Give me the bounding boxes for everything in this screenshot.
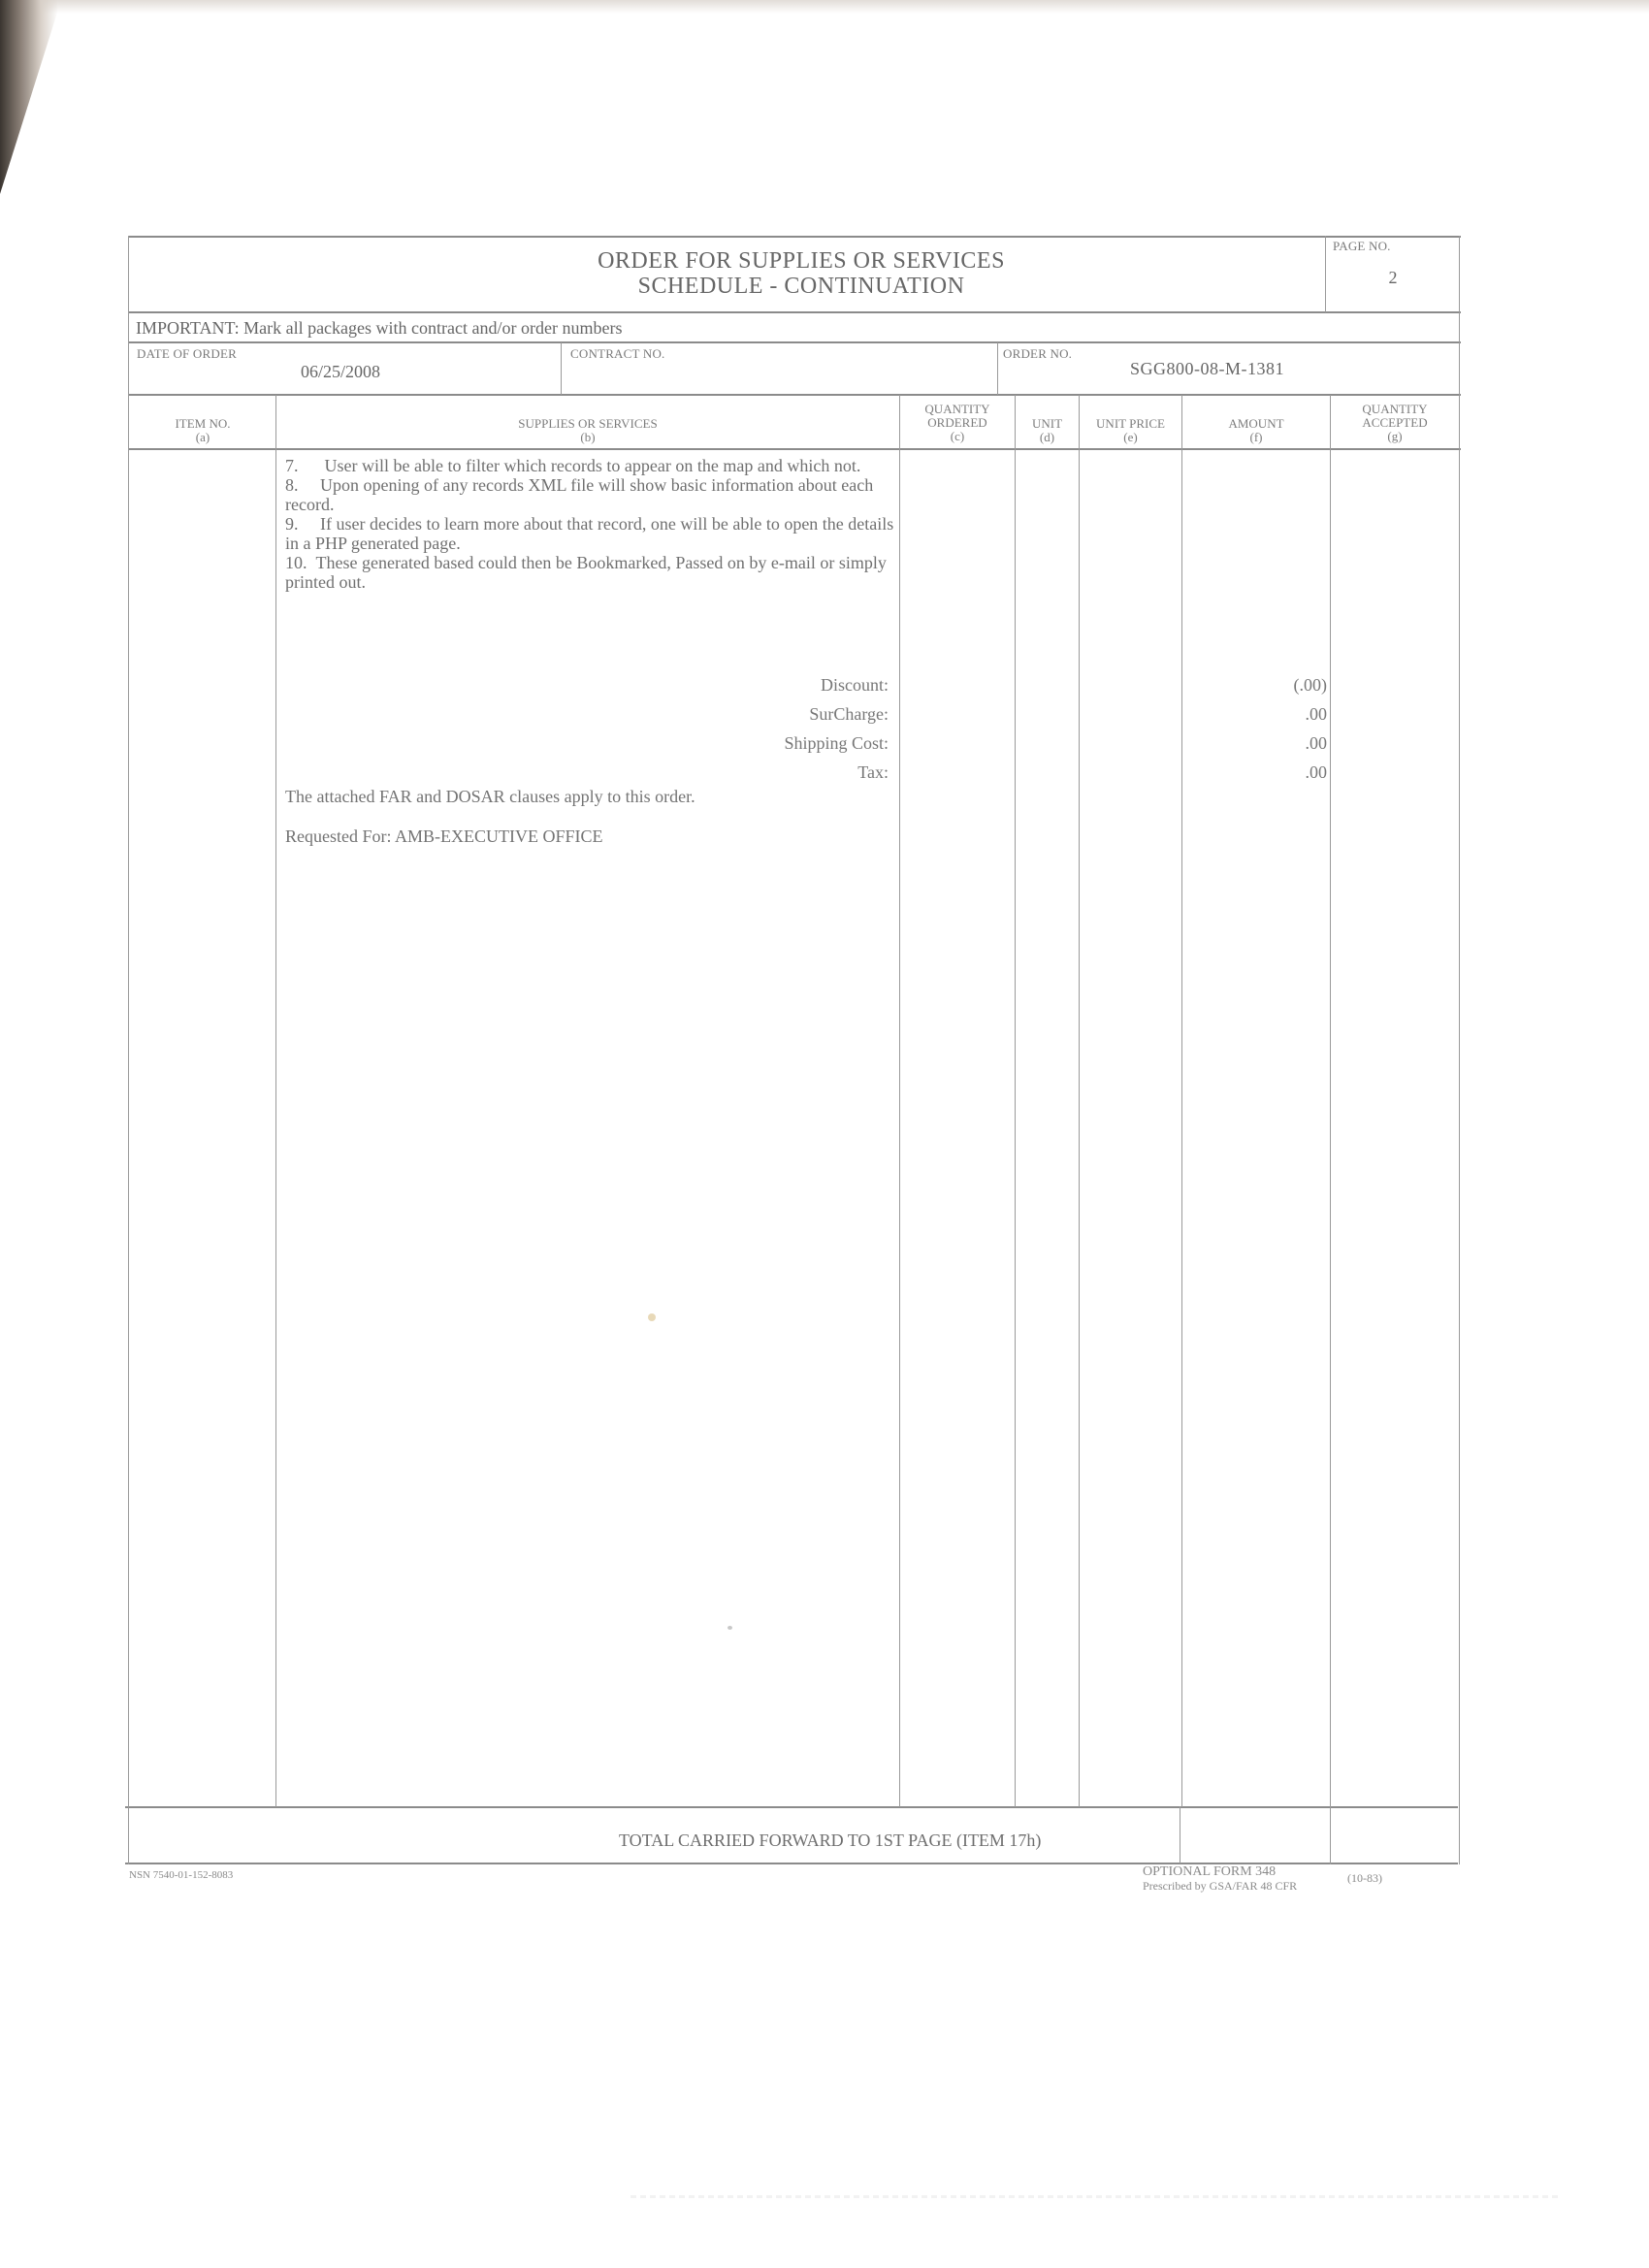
form-title-line1: ORDER FOR SUPPLIES OR SERVICES [277, 248, 1325, 274]
col-header-unit: UNIT(d) [1016, 417, 1079, 444]
col-divider-unit-price [1181, 395, 1182, 1807]
tax-label: Tax: [582, 762, 889, 783]
col-header-qty-accepted: QUANTITYACCEPTED(g) [1331, 403, 1459, 443]
order-no-divider [997, 342, 998, 395]
scan-speck [648, 1313, 656, 1321]
tax-amount: .00 [1183, 762, 1327, 783]
page-no-value: 2 [1325, 268, 1461, 288]
form-title-line2: SCHEDULE - CONTINUATION [277, 274, 1325, 299]
date-of-order-label: DATE OF ORDER [137, 346, 237, 362]
order-no-value: SGG800-08-M-1381 [1130, 359, 1284, 379]
scan-top-edge [0, 0, 1649, 14]
list-item: 10. These generated based could then be … [285, 553, 900, 592]
form-edition: (10-83) [1347, 1871, 1382, 1886]
discount-amount: (.00) [1183, 675, 1327, 696]
scan-speck [727, 1626, 732, 1630]
prescribed-by: Prescribed by GSA/FAR 48 CFR [1143, 1879, 1297, 1894]
form-top-border [129, 236, 1461, 238]
title-bottom-border [129, 311, 1461, 313]
form-title: ORDER FOR SUPPLIES OR SERVICES SCHEDULE … [277, 248, 1325, 299]
important-bottom-border [129, 341, 1461, 343]
col-divider-supplies [899, 395, 900, 1807]
clauses-note: The attached FAR and DOSAR clauses apply… [285, 787, 695, 807]
supplies-description: 7. User will be able to filter which rec… [285, 456, 900, 592]
col-header-item-no: ITEM NO.(a) [129, 417, 276, 444]
col-divider-item [275, 395, 276, 1807]
requested-for: Requested For: AMB-EXECUTIVE OFFICE [285, 826, 603, 847]
order-no-label: ORDER NO. [1003, 346, 1072, 362]
surcharge-amount: .00 [1183, 704, 1327, 725]
body-bottom-border [125, 1806, 1458, 1808]
total-carried-forward-label: TOTAL CARRIED FORWARD TO 1ST PAGE (ITEM … [619, 1831, 1041, 1851]
total-amount-divider [1180, 1806, 1180, 1863]
shipping-cost-amount: .00 [1183, 733, 1327, 754]
col-header-supplies: SUPPLIES OR SERVICES(b) [276, 417, 899, 444]
date-of-order-value: 06/25/2008 [301, 362, 380, 382]
optional-form-name: OPTIONAL FORM 348 [1143, 1864, 1276, 1880]
shipping-cost-label: Shipping Cost: [582, 733, 889, 754]
form-right-border [1459, 236, 1460, 1864]
col-header-amount: AMOUNT(f) [1182, 417, 1330, 444]
list-item: 9. If user decides to learn more about t… [285, 514, 900, 553]
surcharge-label: SurCharge: [582, 704, 889, 725]
list-item: 7. User will be able to filter which rec… [285, 456, 900, 475]
form-left-border [128, 236, 129, 1864]
list-item: 8. Upon opening of any records XML file … [285, 475, 900, 514]
col-divider-amount [1330, 395, 1331, 1864]
discount-label: Discount: [582, 675, 889, 696]
page-no-label: PAGE NO. [1333, 239, 1391, 254]
col-divider-unit [1079, 395, 1080, 1807]
contract-no-divider [561, 342, 562, 395]
nsn-number: NSN 7540-01-152-8083 [129, 1869, 233, 1881]
col-header-unit-price: UNIT PRICE(e) [1080, 417, 1181, 444]
col-header-qty-ordered: QUANTITYORDERED(c) [900, 403, 1015, 443]
important-notice: IMPORTANT: Mark all packages with contra… [136, 318, 622, 339]
header-bottom-border [129, 448, 1461, 450]
col-divider-qty [1015, 395, 1016, 1807]
contract-no-label: CONTRACT NO. [570, 346, 665, 362]
order-info-bottom-border [129, 394, 1461, 396]
bleed-through-line [630, 2195, 1562, 2198]
scan-corner-shadow [0, 0, 58, 194]
